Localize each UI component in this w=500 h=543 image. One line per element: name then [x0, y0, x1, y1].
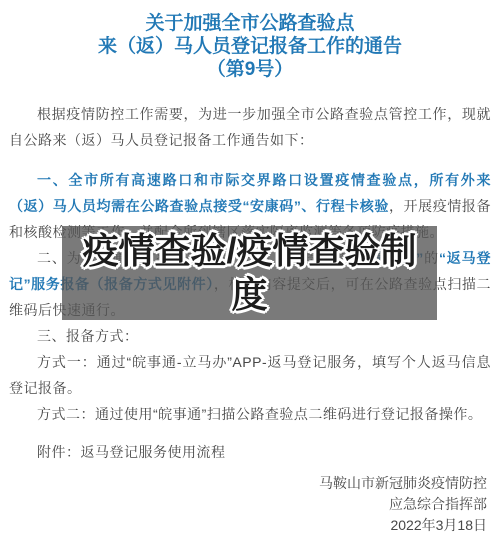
signature-org-line-1: 马鞍山市新冠肺炎疫情防控: [9, 473, 487, 494]
title-line-1: 关于加强全市公路查验点: [9, 12, 491, 35]
attachment-line: 附件：返马登记服务使用流程: [9, 439, 491, 465]
signature-block: 马鞍山市新冠肺炎疫情防控 应急综合指挥部 2022年3月18日: [9, 473, 491, 536]
intro-paragraph: 根据疫情防控工作需要，为进一步加强全市公路查验点管控工作，现就自公路来（返）马人…: [9, 101, 491, 153]
signature-date: 2022年3月18日: [9, 515, 487, 536]
signature-org-line-2: 应急综合指挥部: [9, 494, 487, 515]
method-2-paragraph: 方式二：通过使用“皖事通”扫描公路查验点二维码进行登记报备操作。: [9, 401, 491, 427]
watermark-overlay: 疫情查验/疫情查验制度: [62, 226, 437, 320]
watermark-text: 疫情查验/疫情查验制度: [68, 229, 431, 317]
title-line-3: （第9号）: [9, 58, 491, 81]
item-3-paragraph: 三、报备方式：: [9, 323, 491, 349]
title-line-2: 来（返）马人员登记报备工作的通告: [9, 35, 491, 58]
method-1-paragraph: 方式一：通过“皖事通-立马办”APP-返马登记服务，填写个人返马信息登记报备。: [9, 349, 491, 401]
notice-document: 关于加强全市公路查验点 来（返）马人员登记报备工作的通告 （第9号） 根据疫情防…: [0, 0, 500, 543]
document-title: 关于加强全市公路查验点 来（返）马人员登记报备工作的通告 （第9号）: [9, 12, 491, 81]
